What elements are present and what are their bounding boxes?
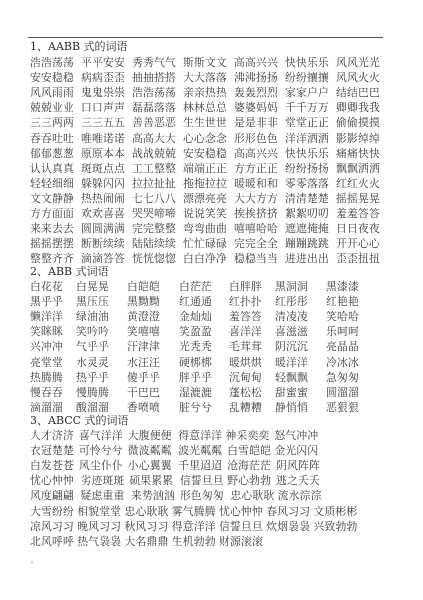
word: 干巴巴	[127, 385, 160, 400]
word: 卿卿我我	[336, 100, 380, 115]
word: 亲亲热热	[183, 85, 227, 100]
word: 影影绰绰	[336, 131, 380, 146]
word-row: 大雪纷纷 相貌堂堂 忠心耿耿 雾气腾腾 忧心忡忡 春风习习 文质彬彬	[30, 504, 358, 519]
word: 冷冰冰	[326, 355, 359, 370]
word: 羞羞答答	[336, 206, 380, 221]
word: 生生世世	[183, 115, 227, 130]
word: 战战兢兢	[132, 146, 176, 161]
word: 胖乎乎	[179, 370, 212, 385]
word: 纷纷扬扬	[285, 161, 329, 176]
word: 红扑扑	[229, 294, 262, 309]
word: 七七八八	[132, 191, 176, 206]
word: 白茫茫	[179, 279, 212, 294]
word: 白晃晃	[76, 279, 109, 294]
word: 病病歪歪	[81, 70, 125, 85]
word: 忙忙碌碌	[183, 236, 227, 251]
word: 热乎乎	[76, 370, 109, 385]
section-heading-abcc: 3、ABCC 式的词语	[30, 414, 129, 428]
word: 稳稳当当	[234, 251, 278, 266]
word: 亮堂堂	[30, 355, 63, 370]
word: 躲躲闪闪	[81, 176, 125, 191]
word: 笑吟吟	[76, 324, 109, 339]
word: 高高兴兴	[234, 55, 278, 70]
word: 开开心心	[336, 236, 380, 251]
word: 堂堂正正	[285, 115, 329, 130]
word: 说说笑笑	[183, 206, 227, 221]
word: 快快乐乐	[285, 146, 329, 161]
word: 飘飘洒洒	[336, 161, 380, 176]
word: 方方正正	[234, 161, 278, 176]
word: 沉甸甸	[229, 370, 262, 385]
word: 轻轻细细	[30, 176, 74, 191]
word: 原原本本	[81, 146, 125, 161]
word: 沸沸扬扬	[234, 70, 278, 85]
word: 红红火火	[336, 176, 380, 191]
word: 恍恍惚惚	[132, 251, 176, 266]
word: 黑洞洞	[275, 279, 308, 294]
word: 口口声声	[81, 100, 125, 115]
word: 进进出出	[285, 251, 329, 266]
word: 挨挨挤挤	[234, 206, 278, 221]
word: 光秃秃	[179, 339, 212, 354]
word: 气乎乎	[76, 339, 109, 354]
word: 鬼鬼祟祟	[81, 85, 125, 100]
word: 婆婆妈妈	[234, 100, 278, 115]
word: 蹦蹦跳跳	[285, 236, 329, 251]
word: 高高兴兴	[234, 146, 278, 161]
word: 歪歪扭扭	[336, 251, 380, 266]
word: 红彤彤	[275, 294, 308, 309]
word: 暖烘烘	[229, 355, 262, 370]
word: 大大落落	[183, 70, 227, 85]
word: 斯斯文文	[183, 55, 227, 70]
word: 弯弯曲曲	[183, 221, 227, 236]
word: 亮晶晶	[326, 339, 359, 354]
word: 工工整整	[132, 161, 176, 176]
section-heading-abb: 2、ABB 式词语	[30, 265, 109, 279]
word: 吞吞吐吐	[30, 131, 74, 146]
word: 红通通	[179, 294, 212, 309]
word: 笑眯眯	[30, 324, 63, 339]
word: 湿漉漉	[179, 385, 212, 400]
word: 乐呵呵	[326, 324, 359, 339]
word: 偷偷摸摸	[336, 115, 380, 130]
word: 黄澄澄	[127, 309, 160, 324]
word: 洋洋洒洒	[285, 131, 329, 146]
word: 懒洋洋	[30, 309, 63, 324]
word: 金灿灿	[179, 309, 212, 324]
word: 水灵灵	[76, 355, 109, 370]
word-row: 凉风习习 晚风习习 秋风习习 得意洋洋 信誓旦旦 炊烟袅袅 兴致勃勃	[30, 519, 358, 534]
section-heading-aabb: 1、AABB 式的词语	[30, 40, 128, 54]
word: 千千万万	[285, 100, 329, 115]
word: 断断续续	[81, 236, 125, 251]
header-rule	[28, 37, 383, 38]
word: 结结巴巴	[336, 85, 380, 100]
word: 浩浩荡荡	[30, 55, 74, 70]
word-row: 人才济济 喜气洋洋 大腹便便 得意洋洋 神采奕奕 怒气冲冲	[30, 428, 318, 443]
word: 白胖胖	[229, 279, 262, 294]
word: 急匆匆	[326, 370, 359, 385]
word: 秀秀气气	[132, 55, 176, 70]
word: 滴溜溜	[30, 400, 63, 415]
word: 唯唯诺诺	[81, 131, 125, 146]
word: 圆溜溜	[326, 385, 359, 400]
word: 轰轰烈烈	[234, 85, 278, 100]
word: 零零落落	[285, 176, 329, 191]
word: 三三五五	[81, 115, 125, 130]
word: 恶狠狠	[326, 400, 359, 415]
word: 圆圆满满	[81, 221, 125, 236]
word: 白皑皑	[127, 279, 160, 294]
word: 乱糟糟	[229, 400, 262, 415]
word: 喜滋滋	[275, 324, 308, 339]
word: 清凌凌	[275, 309, 308, 324]
word: 完完整整	[132, 221, 176, 236]
word: 慢腾腾	[76, 385, 109, 400]
word: 兢兢业业	[30, 100, 74, 115]
word: 漂漂亮亮	[183, 191, 227, 206]
word: 快快乐乐	[285, 55, 329, 70]
word: 风风火火	[336, 70, 380, 85]
word: 黑漆漆	[326, 279, 359, 294]
word: 羞答答	[229, 309, 262, 324]
stray-mark	[31, 561, 33, 563]
word: 甜蜜蜜	[275, 385, 308, 400]
word: 完完全全	[234, 236, 278, 251]
word: 清清楚楚	[285, 191, 329, 206]
word: 高高大大	[132, 131, 176, 146]
word: 黑压压	[76, 294, 109, 309]
word: 香喷喷	[127, 400, 160, 415]
word: 慢吞吞	[30, 385, 63, 400]
word: 林林总总	[183, 100, 227, 115]
word: 家家户户	[285, 85, 329, 100]
word: 兴冲冲	[30, 339, 63, 354]
word: 傻乎乎	[127, 370, 160, 385]
word: 端端正正	[183, 161, 227, 176]
word: 黑黝黝	[127, 294, 160, 309]
word: 酸溜溜	[76, 400, 109, 415]
word: 抽抽搭搭	[132, 70, 176, 85]
word: 汗津津	[127, 339, 160, 354]
word: 轻飘飘	[275, 370, 308, 385]
word: 来来去去	[30, 221, 74, 236]
word: 风风雨雨	[30, 85, 74, 100]
word: 纷纷攘攘	[285, 70, 329, 85]
word: 黑乎乎	[30, 294, 63, 309]
word: 嘻嘻哈哈	[234, 221, 278, 236]
word: 陆陆续续	[132, 236, 176, 251]
word: 白花花	[30, 279, 63, 294]
word: 大大方方	[234, 191, 278, 206]
word: 拉拉扯扯	[132, 176, 176, 191]
word-row: 白发苍苍 风尘仆仆 小心翼翼 千里迢迢 沧海茫茫 阴风阵阵	[30, 458, 320, 473]
word: 欢欢喜喜	[81, 206, 125, 221]
word: 水汪汪	[127, 355, 160, 370]
word: 斑斑点点	[81, 161, 125, 176]
word: 方方面面	[30, 206, 74, 221]
word: 三三两两	[30, 115, 74, 130]
word: 安安稳稳	[183, 146, 227, 161]
word: 日日夜夜	[336, 221, 380, 236]
word: 喜洋洋	[229, 324, 262, 339]
word: 蓬松松	[229, 385, 262, 400]
word: 硬梆梆	[179, 355, 212, 370]
word: 阴沉沉	[275, 339, 308, 354]
word: 心心念念	[183, 131, 227, 146]
word: 安安稳稳	[30, 70, 74, 85]
word: 静悄悄	[275, 400, 308, 415]
word: 白白净净	[183, 251, 227, 266]
word: 笑嘻嘻	[127, 324, 160, 339]
word: 遮遮掩掩	[285, 221, 329, 236]
word: 痛痛快快	[336, 146, 380, 161]
word-row: 风度翩翩 疑虑重重 来势汹汹 形色匆匆 忠心耿耿 流水淙淙	[30, 488, 322, 503]
word: 笑哈哈	[326, 309, 359, 324]
word: 风风光光	[336, 55, 380, 70]
word-row: 衣冠楚楚 可怜兮兮 微波粼粼 波光粼粼 白雪皑皑 金光闪闪	[30, 443, 318, 458]
word: 绿油油	[76, 309, 109, 324]
word: 暖洋洋	[275, 355, 308, 370]
word: 形形色色	[234, 131, 278, 146]
word: 是是非非	[234, 115, 278, 130]
word: 摇摇晃晃	[336, 191, 380, 206]
word: 脏兮兮	[179, 400, 212, 415]
word: 红艳艳	[326, 294, 359, 309]
word: 郁郁葱葱	[30, 146, 74, 161]
word: 文文静静	[30, 191, 74, 206]
word: 浩浩荡荡	[132, 85, 176, 100]
word-row: 忧心忡忡 劣迹斑斑 硕果累累 信誓旦旦 野心勃勃 逃之夭夭	[30, 473, 320, 488]
word: 热腾腾	[30, 370, 63, 385]
word: 摇摇摆摆	[30, 236, 74, 251]
word: 热热闹闹	[81, 191, 125, 206]
word: 拖拖拉拉	[183, 176, 227, 191]
word: 平平安安	[81, 55, 125, 70]
word: 毛茸茸	[229, 339, 262, 354]
word: 哭哭啼啼	[132, 206, 176, 221]
word-row: 北风呼呼 热气袅袅 大名鼎鼎 生机勃勃 财源滚滚	[30, 534, 263, 549]
word: 笑盈盈	[179, 324, 212, 339]
word: 磊磊落落	[132, 100, 176, 115]
word: 暖暖和和	[234, 176, 278, 191]
word: 絮絮叨叨	[285, 206, 329, 221]
word: 善善恶恶	[132, 115, 176, 130]
word: 认认真真	[30, 161, 74, 176]
